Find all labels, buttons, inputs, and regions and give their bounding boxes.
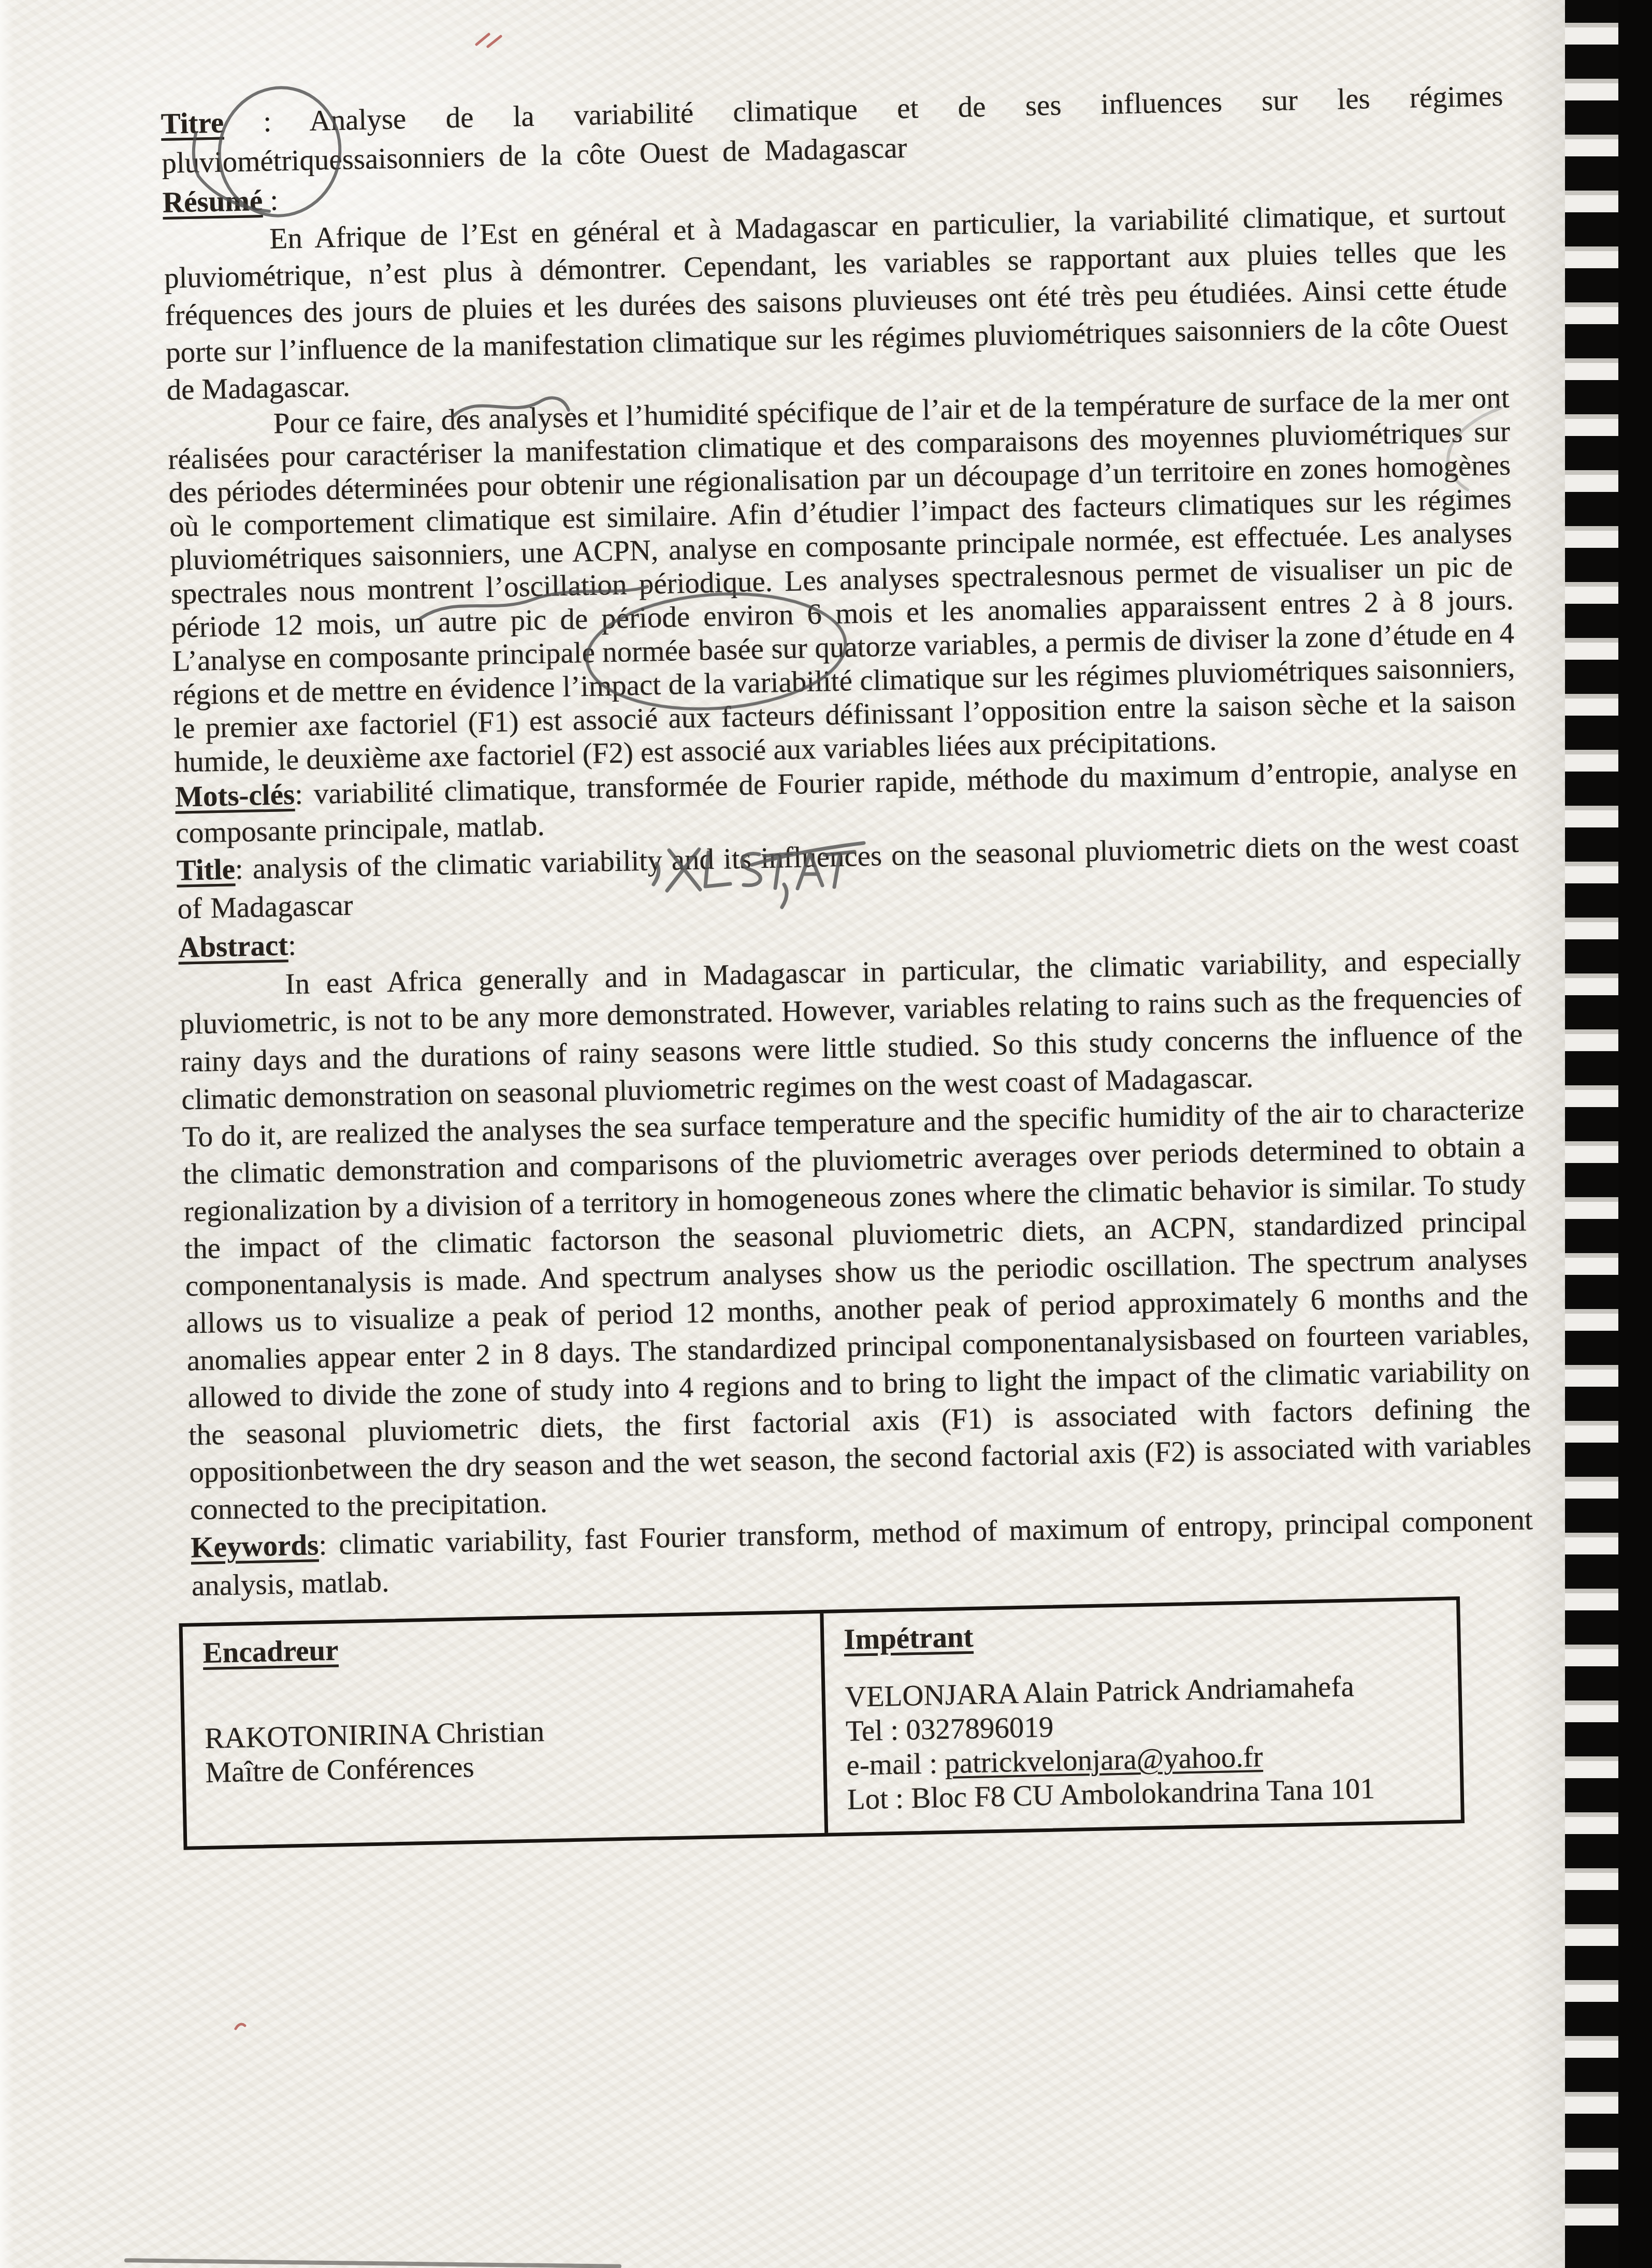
resume-heading-separator: : (262, 184, 278, 217)
candidate-header: Impétrant (844, 1609, 1439, 1659)
comb-binding (1565, 0, 1652, 2268)
candidate-details: VELONJARA Alain Patrick Andriamahefa Tel… (845, 1668, 1442, 1817)
candidate-email: patrickvelonjara@yahoo.fr (945, 1740, 1263, 1780)
candidate-header-label: Impétrant (844, 1621, 974, 1656)
abstract-paragraph-1: In east Africa generally and in Madagasc… (179, 939, 1524, 1118)
candidate-email-label: e-mail : (846, 1747, 945, 1782)
supervisor-header-label: Encadreur (202, 1634, 339, 1669)
contact-table: Encadreur RAKOTONIRINA Christian Maître … (179, 1596, 1465, 1850)
english-title-label: Title (176, 853, 235, 886)
french-title-label: Titre (161, 106, 224, 140)
abstract-heading-label: Abstract (178, 929, 288, 964)
french-keywords-label: Mots-clés (175, 778, 295, 813)
scanned-page: Titre : Analyse de la variabilité climat… (0, 0, 1652, 2268)
abstract-paragraph-2: To do it, are realized the analyses the … (182, 1091, 1532, 1529)
page-content: Titre : Analyse de la variabilité climat… (161, 77, 1539, 1850)
abstract-heading-separator: : (288, 929, 297, 962)
supervisor-header: Encadreur (202, 1622, 802, 1672)
resume-paragraph-1: En Afrique de l’Est en général et à Mada… (163, 195, 1509, 409)
english-keywords-label: Keywords (191, 1529, 319, 1564)
comb-binding-spine (1618, 0, 1652, 2268)
resume-heading-label: Résumé (162, 184, 263, 219)
candidate-cell: Impétrant VELONJARA Alain Patrick Andria… (823, 1600, 1461, 1833)
french-title-separator: : (223, 105, 310, 139)
resume-paragraph-2: Pour ce faire, des analyses et l’humidit… (167, 381, 1516, 779)
supervisor-cell: Encadreur RAKOTONIRINA Christian Maître … (183, 1613, 829, 1847)
comb-binding-teeth (1565, 0, 1619, 2268)
supervisor-details: RAKOTONIRINA Christian Maître de Confére… (204, 1709, 805, 1790)
